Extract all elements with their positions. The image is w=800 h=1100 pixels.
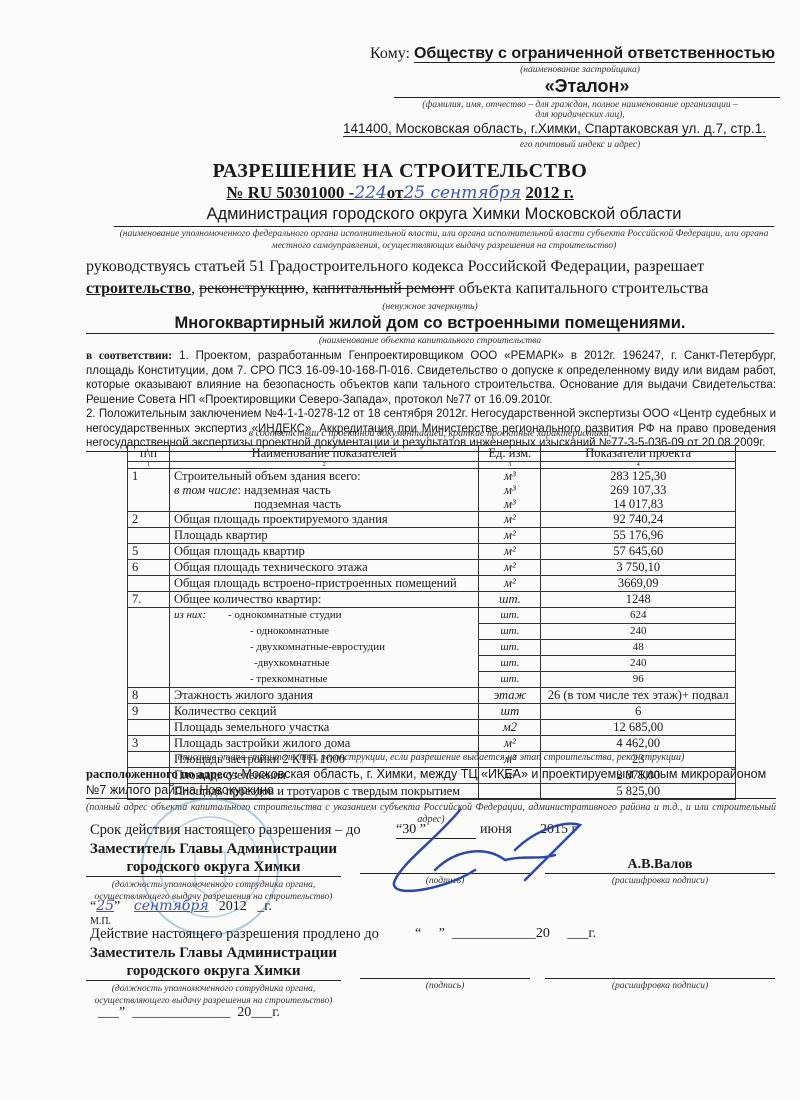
extension-label: Действие настоящего разрешения продлено … xyxy=(90,926,379,943)
ext-official-title-line1: Заместитель Главы Администрации xyxy=(86,944,341,962)
recipient-caption-2b: для юридических лиц), xyxy=(370,110,790,120)
permit-year: 2012 г. xyxy=(525,183,573,202)
ext-official-title: Заместитель Главы Администрации городско… xyxy=(86,944,341,981)
row-value: 3669,09 xyxy=(541,576,736,592)
table-row: 8Этажность жилого зданияэтаж26 (в том чи… xyxy=(128,688,736,704)
table-header-row: п\пНаименование показателейЕд. изм.Показ… xyxy=(128,446,736,462)
authority-caption: (наименование уполномоченного федерально… xyxy=(114,228,774,252)
stage-caption: описание этапа строительства, реконструк… xyxy=(86,752,776,763)
validity-label: Срок действия настоящего разрешения – до xyxy=(90,822,361,839)
apartment-count: 96 xyxy=(541,672,736,688)
table-row: Площадь земельного участкам212 685,00 xyxy=(128,720,736,736)
row-number xyxy=(128,672,170,688)
row-value: 92 740,24 xyxy=(541,512,736,528)
recipient-caption: (наименование застройщика) xyxy=(370,65,790,75)
issue-year: 2012 xyxy=(219,899,247,914)
row-number xyxy=(128,656,170,672)
table-caption: в соответствии с проектной документацией… xyxy=(86,428,774,439)
row-value: 12 685,00 xyxy=(541,720,736,736)
recipient-name-line2: «Эталон» xyxy=(394,76,780,98)
row-value: 6 xyxy=(541,704,736,720)
signer-caption: (расшифровка подписи) xyxy=(545,876,775,886)
row-name: Общая площадь встроено-пристроенных поме… xyxy=(169,576,479,592)
table-row: Общая площадь встроено-пристроенных поме… xyxy=(128,576,736,592)
official-title-line2: городского округа Химки xyxy=(86,858,341,876)
recipient-block: Кому: Обществу с ограниченной ответствен… xyxy=(370,45,790,150)
row-name: Строительный объем здания всего:в том чи… xyxy=(169,469,479,512)
row-name: Площадь земельного участка xyxy=(169,720,479,736)
row-name: Общая площадь квартир xyxy=(169,544,479,560)
table-row: 6Общая площадь технического этажам²3 750… xyxy=(128,560,736,576)
row-number: 9 xyxy=(128,704,170,720)
apartment-count: 48 xyxy=(541,640,736,656)
address-label: расположенного по адресу: xyxy=(86,767,238,781)
table-index-row: 1234 xyxy=(128,462,736,469)
apartment-unit: шт. xyxy=(479,608,541,624)
apartment-row: из них:- однокомнатные студиишт.624 xyxy=(128,608,736,624)
ext-official-caption: (должность уполномоченного сотрудника ор… xyxy=(86,983,341,1007)
apartment-unit: шт. xyxy=(479,672,541,688)
row-number: 2 xyxy=(128,512,170,528)
row-unit: м² xyxy=(479,560,541,576)
table-row: 9Количество секцийшт6 xyxy=(128,704,736,720)
recipient-address-caption: его почтовый индекс и адрес) xyxy=(370,140,790,150)
row-value: 26 (в том числе тех этаж)+ подвал xyxy=(541,688,736,704)
permit-type-line: строительство, реконструкцию, капитальны… xyxy=(86,280,774,298)
table-index-cell: 1 xyxy=(128,462,170,469)
ext-official-title-line2: городского округа Химки xyxy=(86,962,341,980)
ext-signature-caption: (подпись) xyxy=(360,981,530,991)
issue-day: 25 xyxy=(96,898,114,914)
issue-g: г. xyxy=(264,899,272,914)
apartment-row: - трехкомнатныешт.96 xyxy=(128,672,736,688)
recipient-address: 141400, Московская область, г.Химки, Спа… xyxy=(343,121,766,137)
signature-icon xyxy=(365,800,585,910)
row-unit: м2 xyxy=(479,720,541,736)
table-header-cell: Ед. изм. xyxy=(479,446,541,462)
table-row: 7.Общее количество квартир:шт.1248 xyxy=(128,592,736,608)
table-index-cell: 4 xyxy=(541,462,736,469)
row-number: 7. xyxy=(128,592,170,608)
row-name: Количество секций xyxy=(169,704,479,720)
according-label: в соответствии: xyxy=(86,350,172,362)
row-number: 3 xyxy=(128,736,170,752)
row-number xyxy=(128,720,170,736)
issue-date: “25” сентября2012 _г. xyxy=(90,898,272,915)
table-row: 3Площадь застройки жилого домам²4 462,00 xyxy=(128,736,736,752)
extension-date: “ ” ____________20 ___г. xyxy=(415,926,596,942)
apartment-count: 624 xyxy=(541,608,736,624)
row-number: 8 xyxy=(128,688,170,704)
row-unit: м² xyxy=(479,528,541,544)
object-caption: (наименование объекта капитального строи… xyxy=(86,336,774,346)
row-name: Площадь застройки жилого дома xyxy=(169,736,479,752)
row-number: 1 xyxy=(128,469,170,512)
row-value: 283 125,30269 107,3314 017,83 xyxy=(541,469,736,512)
table-header-cell: п\п xyxy=(128,446,170,462)
row-unit: шт. xyxy=(479,592,541,608)
row-number xyxy=(128,528,170,544)
permit-date-handwritten: 25 сентября xyxy=(403,183,521,203)
apartment-type: - трехкомнатные xyxy=(169,672,479,688)
row-value: 1248 xyxy=(541,592,736,608)
type-reconstruction: реконструкцию xyxy=(199,280,305,297)
row-number xyxy=(128,640,170,656)
type-construction: строительство xyxy=(86,280,191,297)
apartment-type: - однокомнатные xyxy=(169,624,479,640)
row-unit: шт xyxy=(479,704,541,720)
strike-caption: (ненужное зачеркнуть) xyxy=(86,302,774,312)
table-row: Площадь квартирм²55 176,96 xyxy=(128,528,736,544)
row-value: 3 750,10 xyxy=(541,560,736,576)
apartment-type: -двухкомнатные xyxy=(169,656,479,672)
row-value: 55 176,96 xyxy=(541,528,736,544)
document-title: РАЗРЕШЕНИЕ НА СТРОИТЕЛЬСТВО xyxy=(0,160,800,183)
row-number xyxy=(128,624,170,640)
row-number xyxy=(128,608,170,624)
table-index-cell: 3 xyxy=(479,462,541,469)
ext-date: ___” ______________ 20___г. xyxy=(98,1005,280,1021)
apartment-row: - двухкомнатные-евростудиишт.48 xyxy=(128,640,736,656)
apartment-unit: шт. xyxy=(479,656,541,672)
to-label: Кому: xyxy=(370,45,410,62)
row-unit: м² xyxy=(479,576,541,592)
table-row: 1Строительный объем здания всего:в том ч… xyxy=(128,469,736,512)
ext-signer-line[interactable] xyxy=(545,978,775,979)
row-name: Площадь квартир xyxy=(169,528,479,544)
row-unit: м² xyxy=(479,512,541,528)
ext-signature-line[interactable] xyxy=(360,978,530,979)
apartment-row: - однокомнатныешт.240 xyxy=(128,624,736,640)
apartment-count: 240 xyxy=(541,656,736,672)
table-index-cell: 2 xyxy=(169,462,479,469)
issuing-authority: Администрация городского округа Химки Мо… xyxy=(114,205,774,227)
recipient-caption-2a: (фамилия, имя, отчество – для граждан, п… xyxy=(370,100,790,110)
table-row: 5Общая площадь квартирм²57 645,60 xyxy=(128,544,736,560)
row-name: Общее количество квартир: xyxy=(169,592,479,608)
apartment-type: - двухкомнатные-евростудии xyxy=(169,640,479,656)
ext-signer-caption: (расшифровка подписи) xyxy=(545,981,775,991)
row-unit: м³м³м³ xyxy=(479,469,541,512)
row-value: 57 645,60 xyxy=(541,544,736,560)
table-header-cell: Показатели проекта xyxy=(541,446,736,462)
apartment-type: из них:- однокомнатные студии xyxy=(169,608,479,624)
row-unit: м² xyxy=(479,544,541,560)
object-name: Многоквартирный жилой дом со встроенными… xyxy=(86,314,774,334)
apartment-row: -двухкомнатныешт.240 xyxy=(128,656,736,672)
row-value: 4 462,00 xyxy=(541,736,736,752)
permit-number: № RU 50301000 -224от25 сентября 2012 г. xyxy=(0,183,800,203)
project-parameters-table: п\пНаименование показателейЕд. изм.Показ… xyxy=(127,445,736,800)
row-number: 6 xyxy=(128,560,170,576)
row-name: Общая площадь проектируемого здания xyxy=(169,512,479,528)
table-row: 2Общая площадь проектируемого зданиям²92… xyxy=(128,512,736,528)
row-name: Общая площадь технического этажа xyxy=(169,560,479,576)
type-capital-repair: капитальный ремонт xyxy=(313,280,455,297)
recipient-name-line1: Обществу с ограниченной ответственностью xyxy=(414,45,775,63)
apartment-count: 240 xyxy=(541,624,736,640)
official-title-line1: Заместитель Главы Администрации xyxy=(86,840,341,858)
legal-basis-line: руководствуясь статьей 51 Градостроитель… xyxy=(86,258,774,276)
row-number: 5 xyxy=(128,544,170,560)
apartment-unit: шт. xyxy=(479,624,541,640)
signer-name: А.В.Валов xyxy=(545,857,775,874)
apartment-unit: шт. xyxy=(479,640,541,656)
row-name: Этажность жилого здания xyxy=(169,688,479,704)
row-unit: м² xyxy=(479,736,541,752)
object-suffix: объекта капитального строительства xyxy=(459,280,709,297)
permit-from-label: от xyxy=(387,183,404,202)
issue-month: сентября xyxy=(124,898,219,914)
official-title: Заместитель Главы Администрации городско… xyxy=(86,840,341,877)
according-item-1: 1. Проектом, разработанным Генпроектиров… xyxy=(86,350,776,406)
permit-number-handwritten: 224 xyxy=(354,183,386,203)
row-number xyxy=(128,576,170,592)
row-unit: этаж xyxy=(479,688,541,704)
table-header-cell: Наименование показателей xyxy=(169,446,479,462)
permit-number-prefix: № RU 50301000 - xyxy=(226,183,354,202)
